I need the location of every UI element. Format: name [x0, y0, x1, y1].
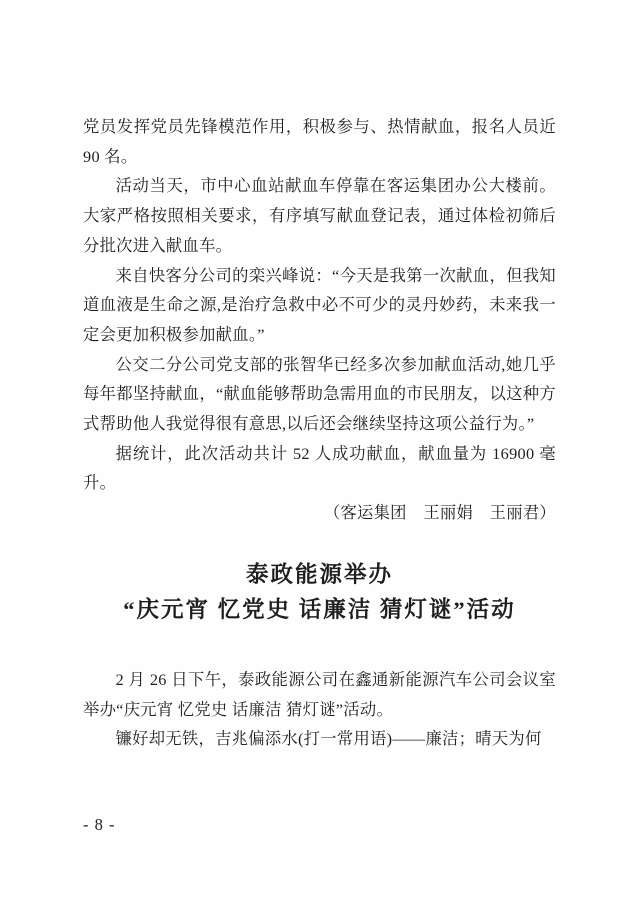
document-page: 党员发挥党员先锋模范作用，积极参与、热情献血，报名人员近 90 名。 活动当天，…: [0, 0, 636, 900]
article1-byline: （客运集团 王丽娟 王丽君）: [83, 498, 556, 528]
article1-paragraph-1: 活动当天，市中心血站献血车停靠在客运集团办公大楼前。大家严格按照相关要求，有序填…: [83, 171, 556, 260]
page-number: - 8 -: [83, 815, 116, 835]
article2-paragraph-2: 镰好却无铁，吉兆偏添水(打一常用语)——廉洁；晴天为何: [83, 724, 556, 754]
article2-headline-line2: “庆元宵 忆党史 话廉洁 猜灯谜”活动: [83, 592, 556, 627]
article1-continuation-paragraph: 党员发挥党员先锋模范作用，积极参与、热情献血，报名人员近 90 名。: [83, 112, 556, 171]
article1-paragraph-4: 据统计，此次活动共计 52 人成功献血，献血量为 16900 毫升。: [83, 439, 556, 498]
article2-headline: 泰政能源举办 “庆元宵 忆党史 话廉洁 猜灯谜”活动: [83, 557, 556, 627]
article2-paragraph-1: 2 月 26 日下午，泰政能源公司在鑫通新能源汽车公司会议室举办“庆元宵 忆党史…: [83, 665, 556, 724]
article-text-block: 党员发挥党员先锋模范作用，积极参与、热情献血，报名人员近 90 名。 活动当天，…: [83, 112, 556, 754]
article1-paragraph-3: 公交二分公司党支部的张智华已经多次参加献血活动,她几乎每年都坚持献血，“献血能够…: [83, 350, 556, 439]
article1-paragraph-2: 来自快客分公司的栾兴峰说：“今天是我第一次献血，但我知道血液是生命之源,是治疗急…: [83, 261, 556, 350]
article2-headline-line1: 泰政能源举办: [83, 557, 556, 592]
